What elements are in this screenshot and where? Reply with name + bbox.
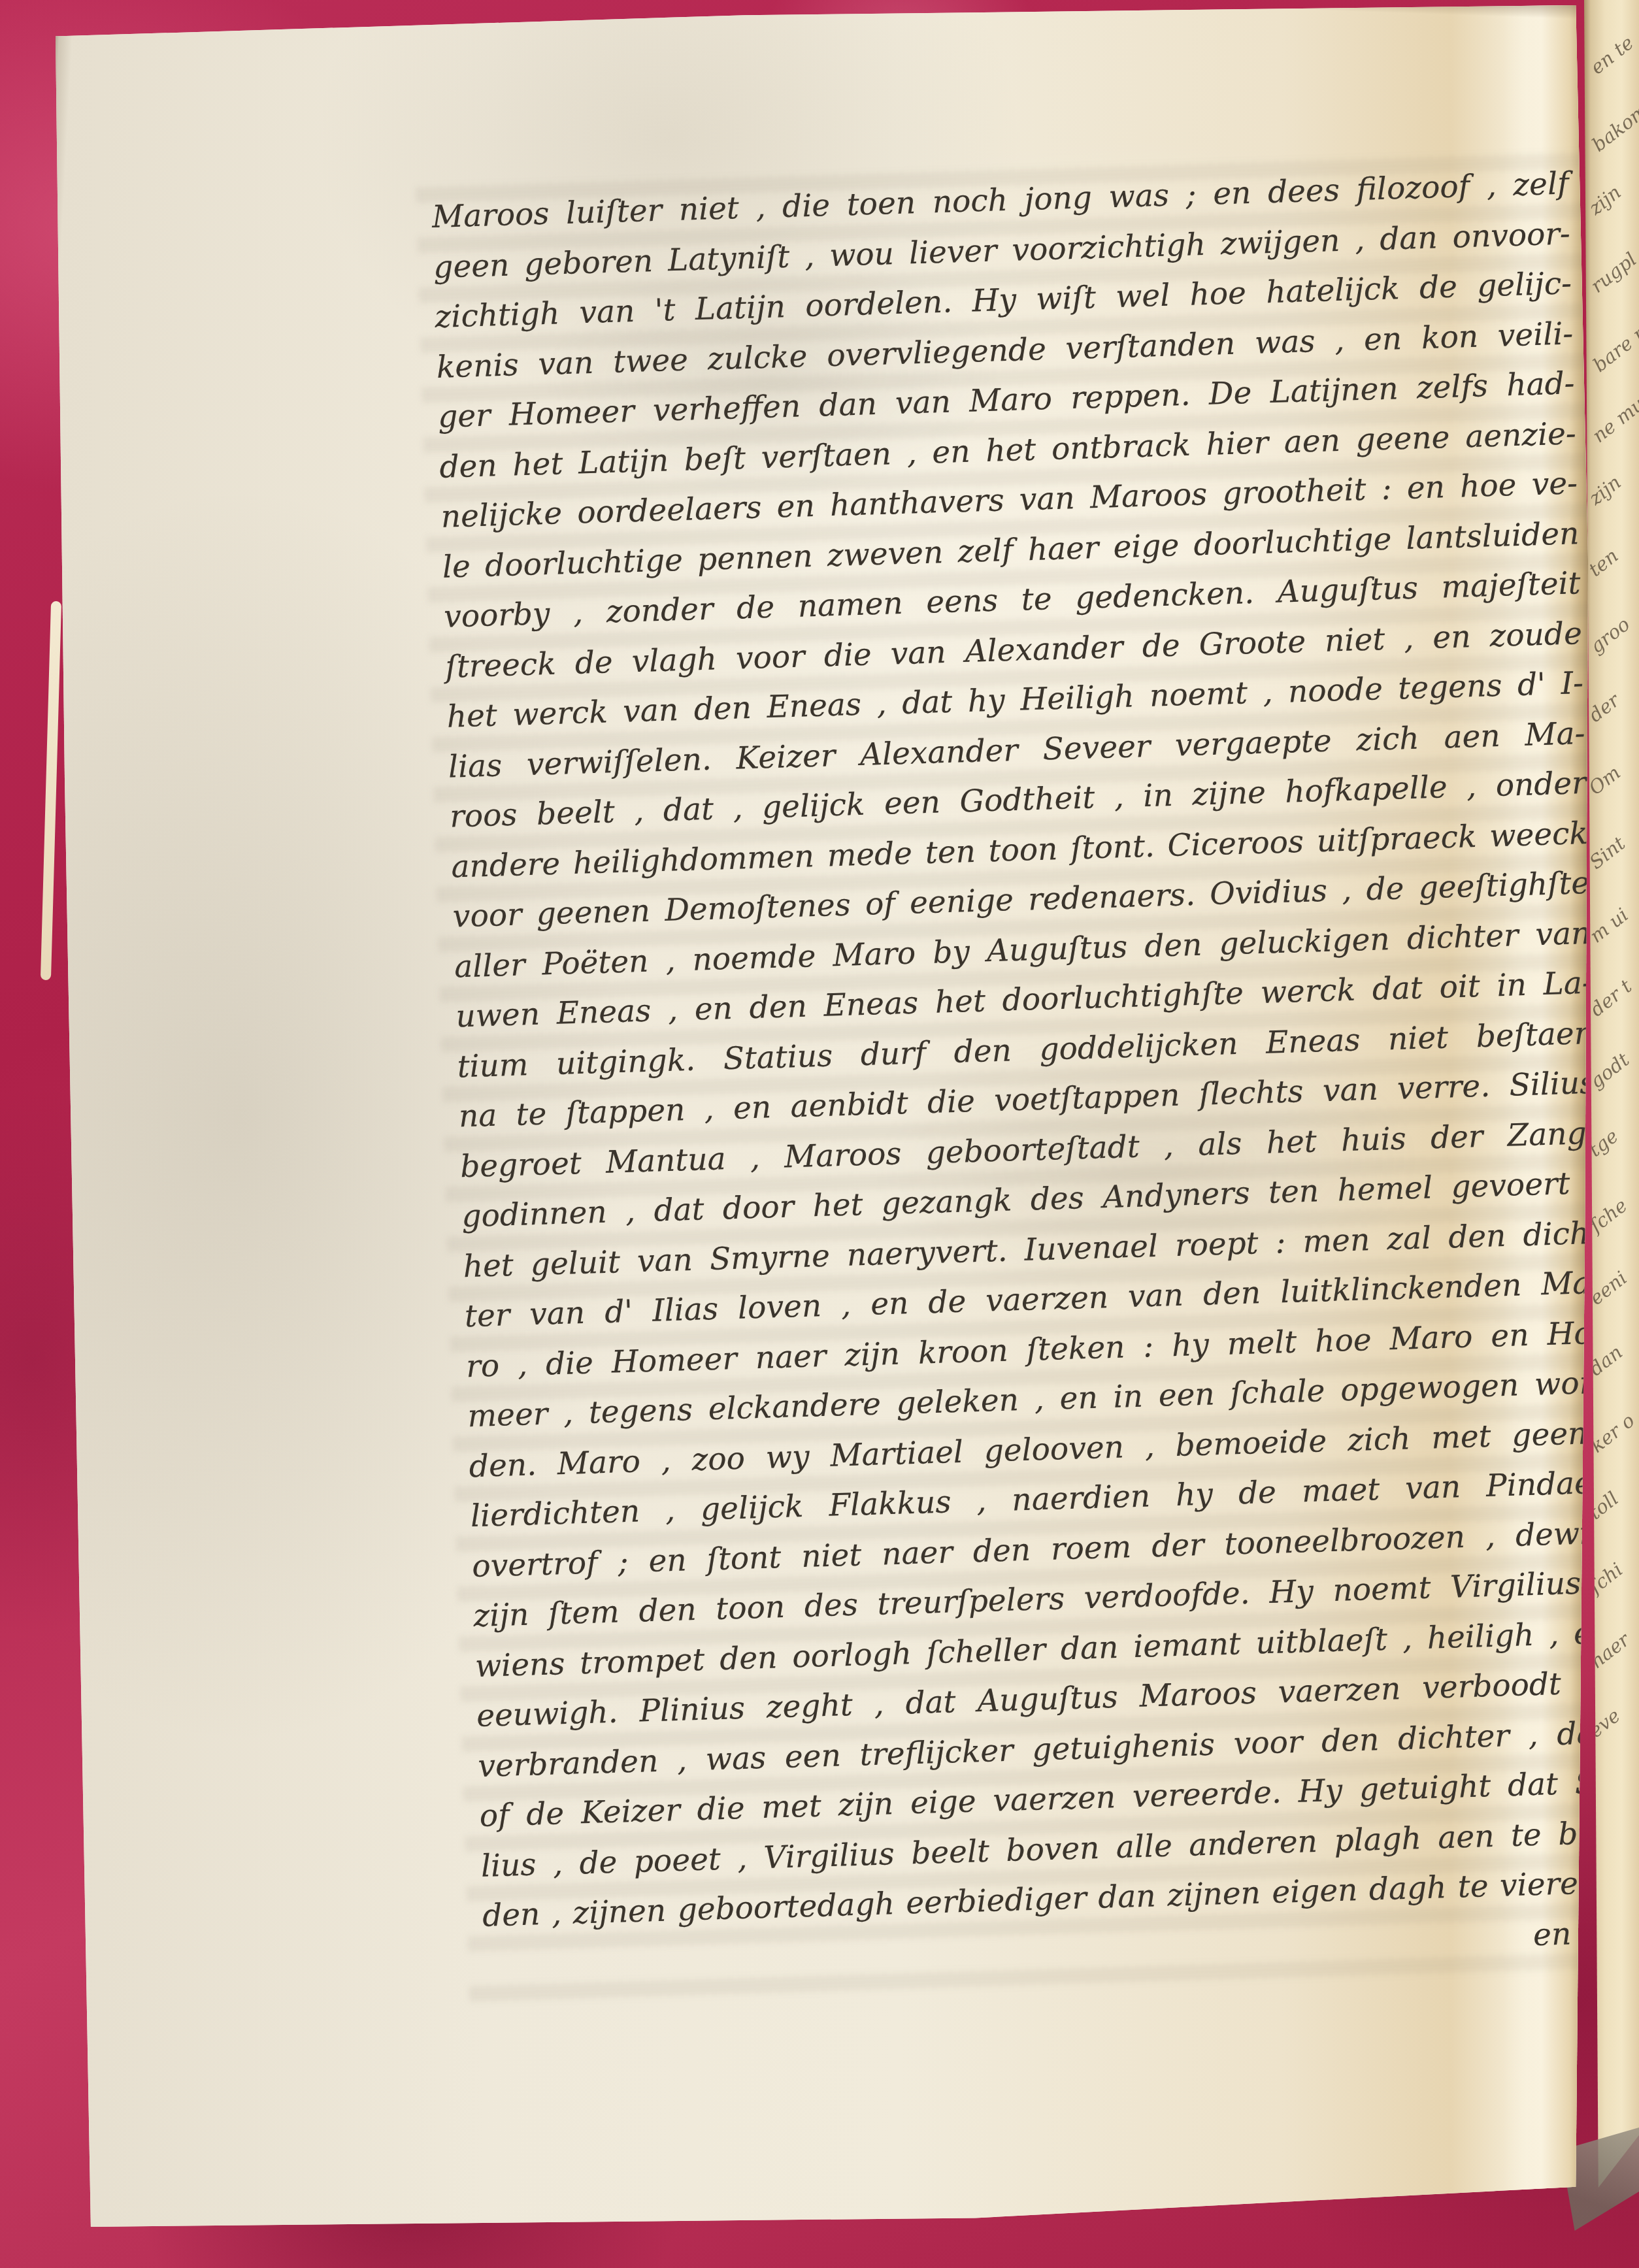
underlying-page-sliver <box>41 601 61 980</box>
adjacent-page-text-fragments: en tebakomzijnrugplbare pene muſzijnteng… <box>1584 0 1639 1733</box>
page-fragment-text: der t <box>1587 976 1635 1019</box>
page-fragment-text: eeni <box>1587 1268 1631 1308</box>
adjacent-page-edge: en tebakomzijnrugplbare pene muſzijnteng… <box>1584 0 1639 2188</box>
page-fragment-text: ne muſ <box>1589 390 1639 446</box>
page-fragment-text: Sint <box>1586 834 1629 872</box>
page-fragment-text: groo <box>1587 614 1633 656</box>
page-fragment-text: bakom <box>1589 101 1639 155</box>
page-fragment-text: der <box>1585 691 1623 725</box>
page-fragment-text: en te <box>1587 33 1637 77</box>
page-fragment-text: rugpl <box>1587 250 1639 296</box>
text-lines: Maroos luiſter niet , die toen noch jong… <box>431 159 1620 1941</box>
book-page: Maroos luiſter niet , die toen noch jong… <box>56 5 1588 2227</box>
page-fragment-text: ſche <box>1587 1196 1631 1236</box>
page-fragment-text: eve <box>1585 1705 1623 1741</box>
page-fragment-text: ker o <box>1587 1411 1638 1456</box>
page-fragment-text: zijn <box>1586 182 1625 218</box>
photo-scene: en tebakomzijnrugplbare pene muſzijnteng… <box>0 0 1639 2268</box>
page-text-block: Maroos luiſter niet , die toen noch jong… <box>431 159 1621 1991</box>
page-fragment-text: Om <box>1586 763 1624 798</box>
page-fragment-text: naer <box>1587 1630 1633 1671</box>
page-fragment-text: bare pe <box>1590 316 1639 376</box>
page-fragment-text: zijn <box>1586 472 1625 508</box>
page-fragment-text: ſchi <box>1586 1560 1626 1597</box>
page-fragment-text: m ui <box>1587 905 1632 946</box>
page-fragment-text: ten <box>1585 546 1621 580</box>
page-fragment-text: tge <box>1585 1126 1621 1160</box>
page-fragment-text: toll <box>1585 1488 1621 1522</box>
page-fragment-text: godt <box>1587 1050 1632 1092</box>
page-fragment-text: dan <box>1586 1342 1626 1379</box>
